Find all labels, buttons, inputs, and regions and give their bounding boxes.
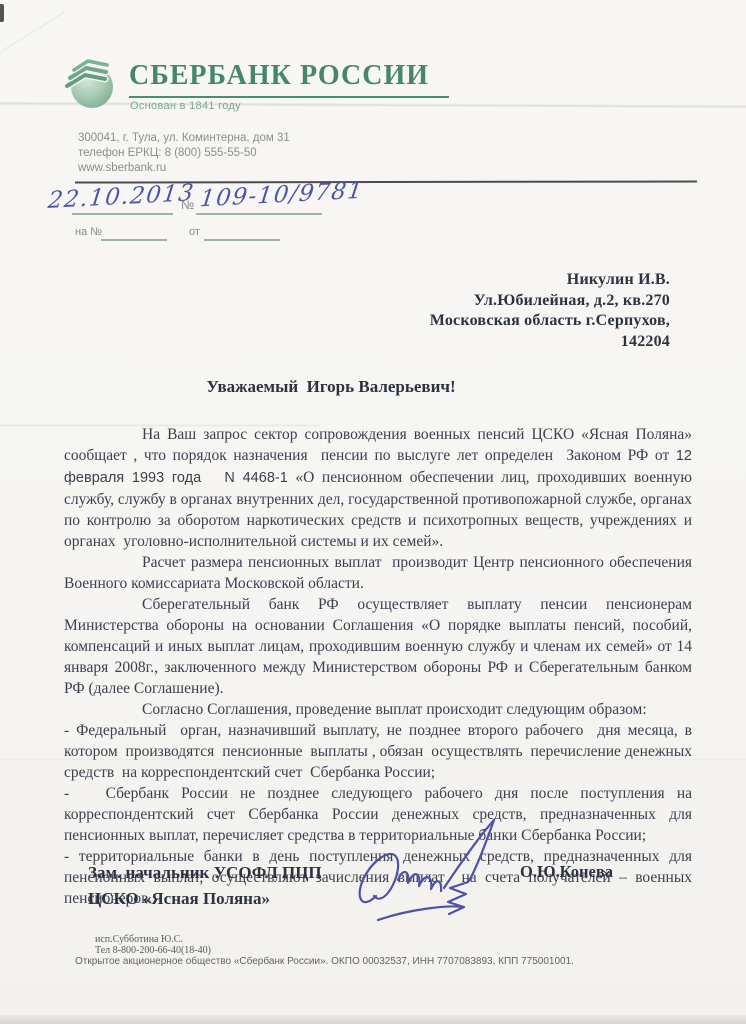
body-paragraph-3: Сберегательный банк РФ осуществляет выпл…: [64, 594, 692, 699]
sender-address-block: 300041, г. Тула, ул. Коминтерна, дом 31 …: [78, 131, 290, 176]
body-bullet-1: - Федеральный орган, назначивший выплату…: [64, 720, 692, 783]
company-requisites: Открытое акционерное общество «Сбербанк …: [75, 957, 574, 968]
scan-edge-artifact: [0, 1015, 746, 1024]
sender-website: www.sberbank.ru: [78, 161, 290, 176]
reply-to-underline: [101, 239, 167, 241]
signer-title-block: Зам. начальник УСОФЛ ПЦП ЦСКО «Ясная Пол…: [88, 860, 322, 912]
from-label: от: [189, 226, 200, 238]
handwritten-date: 22.10.2013: [46, 180, 196, 214]
handwritten-signature-icon: [352, 818, 517, 938]
bank-name: СБЕРБАНК РОССИИ: [129, 60, 449, 98]
signer-name: О.Ю.Конева: [520, 862, 613, 882]
from-underline: [204, 239, 280, 241]
signer-title-line-2: ЦСКО «Ясная Поляна»: [88, 886, 322, 912]
recipient-city: Московская область г.Серпухов,: [430, 311, 670, 332]
scanned-letter-page: СБЕРБАНК РОССИИ Основан в 1841 году 3000…: [0, 0, 746, 1024]
body-paragraph-1-start: На Ваш запрос сектор сопровождения военн…: [64, 426, 696, 464]
reply-to-label: на №: [75, 226, 102, 238]
number-underline: [196, 213, 322, 215]
salutation: Уважаемый Игорь Валерьевич!: [0, 377, 662, 397]
recipient-postcode: 142204: [430, 332, 670, 353]
paper-crease: [0, 10, 66, 60]
sender-phone-line: телефон ЕРКЦ: 8 (800) 555-55-50: [78, 146, 290, 161]
recipient-name: Никулин И.В.: [430, 270, 670, 291]
founded-tagline: Основан в 1841 году: [130, 100, 241, 112]
body-paragraph-2: Расчет размера пенсионных выплат произво…: [64, 552, 692, 594]
sberbank-logo-icon: [62, 56, 118, 112]
executor-name: исп.Субботина Ю.С.: [95, 935, 574, 946]
footer-block: исп.Субботина Ю.С. Тел 8-800-200-66-40(1…: [75, 935, 574, 968]
signer-title-line-1: Зам. начальник УСОФЛ ПЦП: [88, 860, 322, 886]
recipient-street: Ул.Юбилейная, д.2, кв.270: [430, 291, 670, 312]
number-label: №: [181, 198, 194, 212]
executor-phone: Тел 8-800-200-66-40(18-40): [95, 946, 574, 957]
date-underline: [72, 213, 173, 215]
body-paragraph-4: Согласно Соглашения, проведение выплат п…: [64, 699, 692, 720]
recipient-block: Никулин И.В. Ул.Юбилейная, д.2, кв.270 М…: [430, 270, 670, 352]
scan-edge-artifact: [0, 4, 4, 22]
body-paragraph-1: На Ваш запрос сектор сопровождения военн…: [64, 424, 692, 552]
sender-address-line: 300041, г. Тула, ул. Коминтерна, дом 31: [78, 131, 290, 146]
